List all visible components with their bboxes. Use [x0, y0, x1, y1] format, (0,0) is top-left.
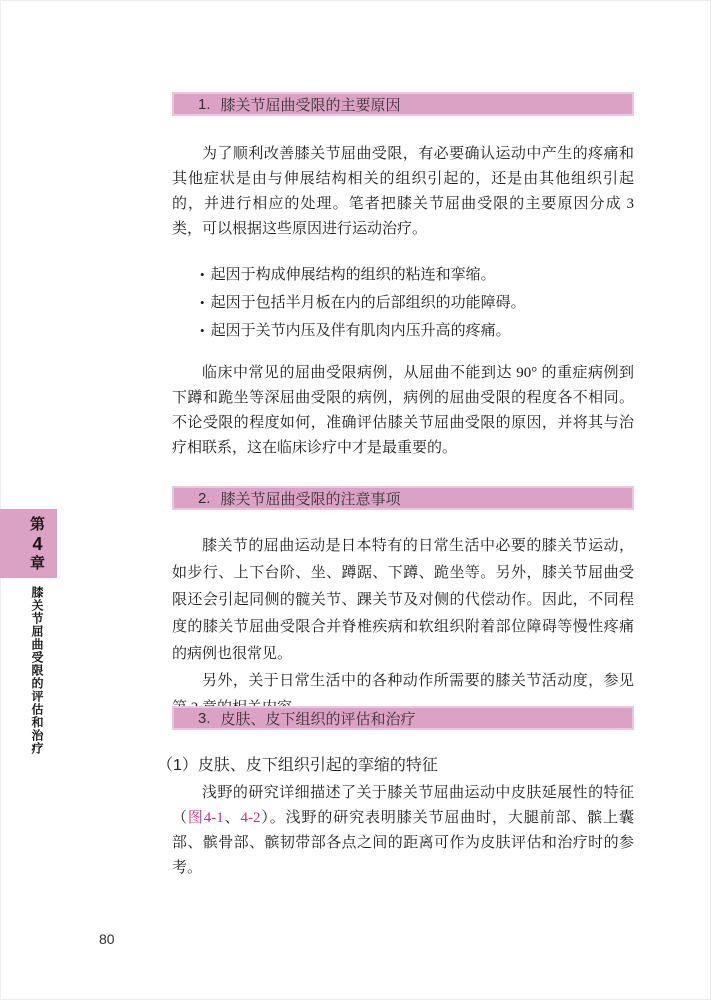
section-2-body: 膝关节的屈曲运动是日本特有的日常生活中必要的膝关节运动，如步行、上下台阶、坐、蹲…: [172, 533, 634, 722]
section-2-heading-bar: 2. 膝关节屈曲受限的注意事项: [172, 486, 634, 510]
book-page: 第 4 章 膝关节屈曲受限的评估和治疗 1. 膝关节屈曲受限的主要原因 为了顺利…: [0, 0, 711, 1000]
chapter-title-vertical: 膝关节屈曲受限的评估和治疗: [29, 586, 46, 756]
chapter-tab-suffix: 章: [30, 554, 45, 573]
chapter-tab-prefix: 第: [30, 515, 45, 534]
list-item: • 起因于关节内压及伴有肌肉内压升高的疼痛。: [200, 317, 620, 345]
section-3-number: 3.: [198, 710, 211, 727]
bullet-icon: •: [200, 261, 205, 288]
list-item: • 起因于包括半月板在内的后部组织的功能障碍。: [200, 289, 620, 317]
bullet-icon: •: [200, 317, 205, 344]
section-1-paragraph-1: 为了顺利改善膝关节屈曲受限，有必要确认运动中产生的疼痛和其他症状是由与伸展结构相…: [172, 142, 634, 242]
bullet-icon: •: [200, 289, 205, 316]
section-2-number: 2.: [198, 490, 211, 507]
section-1-number: 1.: [198, 96, 211, 113]
section-2-title: 膝关节屈曲受限的注意事项: [221, 488, 401, 509]
bullet-text: 起因于构成伸展结构的组织的粘连和挛缩。: [211, 262, 496, 289]
bullet-text: 起因于关节内压及伴有肌肉内压升高的疼痛。: [211, 318, 511, 345]
section-1-heading-bar: 1. 膝关节屈曲受限的主要原因: [172, 92, 634, 116]
bullet-text: 起因于包括半月板在内的后部组织的功能障碍。: [211, 290, 526, 317]
main-content: 1. 膝关节屈曲受限的主要原因 为了顺利改善膝关节屈曲受限，有必要确认运动中产生…: [172, 0, 634, 1000]
section-3-title: 皮肤、皮下组织的评估和治疗: [221, 708, 416, 729]
list-item: • 起因于构成伸展结构的组织的粘连和挛缩。: [200, 261, 620, 289]
figure-reference-4-1: 图4-1: [188, 810, 224, 826]
cause-bullet-list: • 起因于构成伸展结构的组织的粘连和挛缩。 • 起因于包括半月板在内的后部组织的…: [200, 261, 620, 345]
section-3-paragraph-1: 浅野的研究详细描述了关于膝关节屈曲运动中皮肤延展性的特征（图4-1、4-2）。浅…: [172, 781, 634, 881]
section-2-paragraph-1: 膝关节的屈曲运动是日本特有的日常生活中必要的膝关节运动，如步行、上下台阶、坐、蹲…: [172, 533, 634, 668]
paragraph-segment: 、: [224, 810, 241, 826]
section-1-paragraph-2: 临床中常见的屈曲受限病例，从屈曲不能到达 90° 的重症病例到下蹲和跪坐等深屈曲…: [172, 361, 634, 461]
section-1-title: 膝关节屈曲受限的主要原因: [221, 94, 401, 115]
chapter-tab: 第 4 章: [0, 509, 57, 578]
section-3-subheading: （1）皮肤、皮下组织引起的挛缩的特征: [157, 752, 634, 775]
section-3-heading-bar: 3. 皮肤、皮下组织的评估和治疗: [172, 706, 634, 730]
chapter-tab-number: 4: [32, 534, 42, 554]
page-number: 80: [99, 931, 115, 947]
figure-reference-4-2: 4-2: [241, 810, 261, 826]
